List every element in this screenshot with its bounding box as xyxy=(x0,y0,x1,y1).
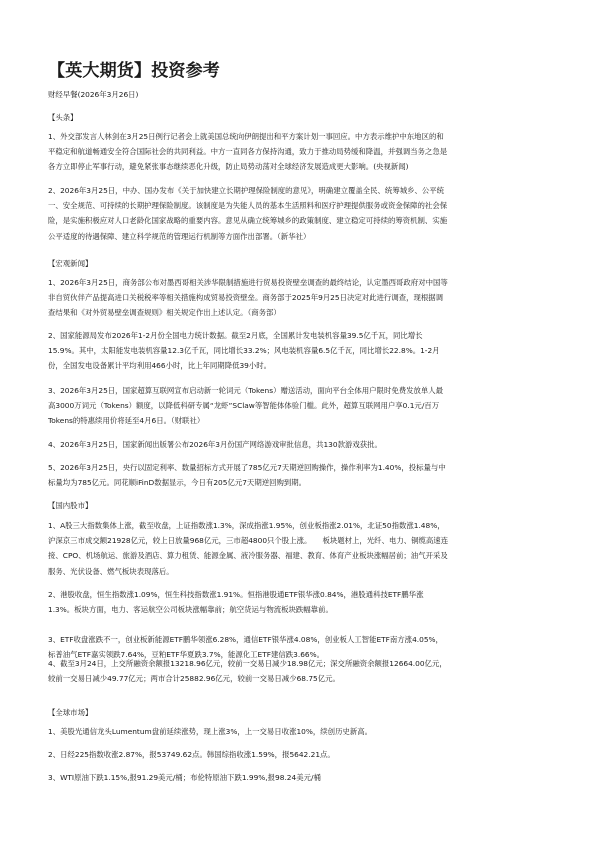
text-line: 1、外交部发言人林剑在3月25日例行记者会上就美国总统向伊朗提出和平方案计划一事… xyxy=(48,129,548,144)
text-line: 服务、光伏设备、燃气板块表现落后。 xyxy=(48,564,548,579)
text-line: 1、2026年3月25日，商务部公布对墨西哥相关涉华限制措施进行贸易投资壁垒调查… xyxy=(48,275,548,290)
text-line: 公平适度的待遇保障、建立科学规范的管理运行机制等方面作出部署。（新华社） xyxy=(48,229,548,244)
page-subtitle: 财经早餐(2026年3月26日) xyxy=(48,89,138,100)
text-line: 2、港股收盘，恒生指数涨1.09%，恒生科技指数涨1.91%。恒指港股通ETF银… xyxy=(48,587,548,602)
section-heading-global-markets: 【全球市场】 xyxy=(48,707,92,718)
news-item: 5、2026年3月25日，央行以固定利率、数量招标方式开展了785亿元7天期逆回… xyxy=(48,460,548,490)
text-line: 份，全国发电设备累计平均利用466小时，比上年同期降低39小时。 xyxy=(48,358,548,373)
news-item: 1、美股光通信龙头Lumentum盘前延续涨势，现上涨3%，上一交易日收涨10%… xyxy=(48,724,548,739)
text-line: 1、A股三大指数集体上涨，截至收盘，上证指数涨1.3%，深成指涨1.95%，创业… xyxy=(48,518,548,533)
news-item: 3、2026年3月25日，国家超算互联网宣布启动新一轮词元（Tokens）赠送活… xyxy=(48,383,548,429)
news-item: 2、港股收盘，恒生指数涨1.09%，恒生科技指数涨1.91%。恒指港股通ETF银… xyxy=(48,587,548,617)
text-line: 4、截至3月24日，上交所融资余额报13218.96亿元，较前一交易日减少18.… xyxy=(48,656,548,671)
text-line: 高3000万词元（Tokens）额度，以降低科研专属“龙虾”SClaw等智能体体… xyxy=(48,398,548,413)
news-item: 2、2026年3月25日，中办、国办发布《关于加快建立长期护理保险制度的意见》，… xyxy=(48,183,548,244)
news-item: 4、截至3月24日，上交所融资余额报13218.96亿元，较前一交易日减少18.… xyxy=(48,656,548,686)
text-line: 险，是实施积极应对人口老龄化国家战略的重要内容。意见从确立统筹城乡的政策制度、建… xyxy=(48,213,548,228)
text-line: 非自贸伙伴产品提高进口关税税率等相关措施构成贸易投资壁垒。商务部于2025年9月… xyxy=(48,290,548,305)
text-line: 一、安全规范、可持续的长期护理保险制度。该制度是为失能人员的基本生活照料和医疗护… xyxy=(48,198,548,213)
section-heading-headlines: 【头条】 xyxy=(48,112,78,123)
section-heading-domestic-stocks: 【国内股市】 xyxy=(48,500,92,511)
text-line: 15.9%。其中，太阳能发电装机容量12.3亿千瓦，同比增长33.2%；风电装机… xyxy=(48,343,548,358)
text-line: 查结果和《对外贸易壁垒调查规则》相关规定作出上述认定。（商务部） xyxy=(48,305,548,320)
page-title: 【英大期货】投资参考 xyxy=(48,56,220,81)
news-item: 4、2026年3月25日，国家新闻出版署公布2026年3月份国产网络游戏审批信息… xyxy=(48,437,548,452)
text-line: 4、2026年3月25日，国家新闻出版署公布2026年3月份国产网络游戏审批信息… xyxy=(48,437,548,452)
text-line: 较前一交易日减少49.77亿元；两市合计25882.96亿元，较前一交易日减少6… xyxy=(48,671,548,686)
text-line: 3、2026年3月25日，国家超算互联网宣布启动新一轮词元（Tokens）赠送活… xyxy=(48,383,548,398)
news-item: 1、外交部发言人林剑在3月25日例行记者会上就美国总统向伊朗提出和平方案计划一事… xyxy=(48,129,548,175)
text-line: 3、WTI原油下跌1.15%,报91.29美元/桶；布伦特原油下跌1.99%,报… xyxy=(48,770,548,785)
text-line: 各方立即停止军事行动，避免紧张事态继续恶化升级，防止局势动荡对全球经济发展造成更… xyxy=(48,159,548,174)
text-line: 1.3%。板块方面，电力、客运航空公司板块涨幅靠前；航空货运与物流板块跌幅靠前。 xyxy=(48,602,548,617)
text-line: 2、2026年3月25日，中办、国办发布《关于加快建立长期护理保险制度的意见》，… xyxy=(48,183,548,198)
news-item: 2、国家能源局发布2026年1-2月份全国电力统计数据。截至2月底，全国累计发电… xyxy=(48,328,548,374)
text-line: 标量均为785亿元。同花顺iFinD数据显示，今日有205亿元7天期逆回购到期。 xyxy=(48,475,548,490)
text-line: 2、国家能源局发布2026年1-2月份全国电力统计数据。截至2月底，全国累计发电… xyxy=(48,328,548,343)
news-item: 3、WTI原油下跌1.15%,报91.29美元/桶；布伦特原油下跌1.99%,报… xyxy=(48,770,548,785)
section-heading-macro: 【宏观新闻】 xyxy=(48,258,92,269)
text-line: Tokens的特惠续用价将延至4月6日。（财联社） xyxy=(48,413,548,428)
text-line: 3、ETF收盘涨跌不一，创业板新能源ETF鹏华领涨6.28%，通信ETF银华涨4… xyxy=(48,632,548,647)
text-line: 2、日经225指数收涨2.87%，报53749.62点。韩国综指收涨1.59%，… xyxy=(48,747,548,762)
text-line: 沪深京三市成交额21928亿元，较上日放量968亿元，三市超4800只个股上涨。… xyxy=(48,533,548,548)
text-line: 1、美股光通信龙头Lumentum盘前延续涨势，现上涨3%，上一交易日收涨10%… xyxy=(48,724,548,739)
news-item: 1、A股三大指数集体上涨，截至收盘，上证指数涨1.3%，深成指涨1.95%，创业… xyxy=(48,518,548,579)
text-line: 接、CPO、机场航运、旅游及酒店、算力租赁、能源金属、液冷服务器、福建、教育、体… xyxy=(48,548,548,563)
text-line: 5、2026年3月25日，央行以固定利率、数量招标方式开展了785亿元7天期逆回… xyxy=(48,460,548,475)
text-line: 平稳定和航道畅通安全符合国际社会的共同利益。中方一直同各方保持沟通，致力于推动局… xyxy=(48,144,548,159)
news-item: 2、日经225指数收涨2.87%，报53749.62点。韩国综指收涨1.59%，… xyxy=(48,747,548,762)
news-item: 1、2026年3月25日，商务部公布对墨西哥相关涉华限制措施进行贸易投资壁垒调查… xyxy=(48,275,548,321)
